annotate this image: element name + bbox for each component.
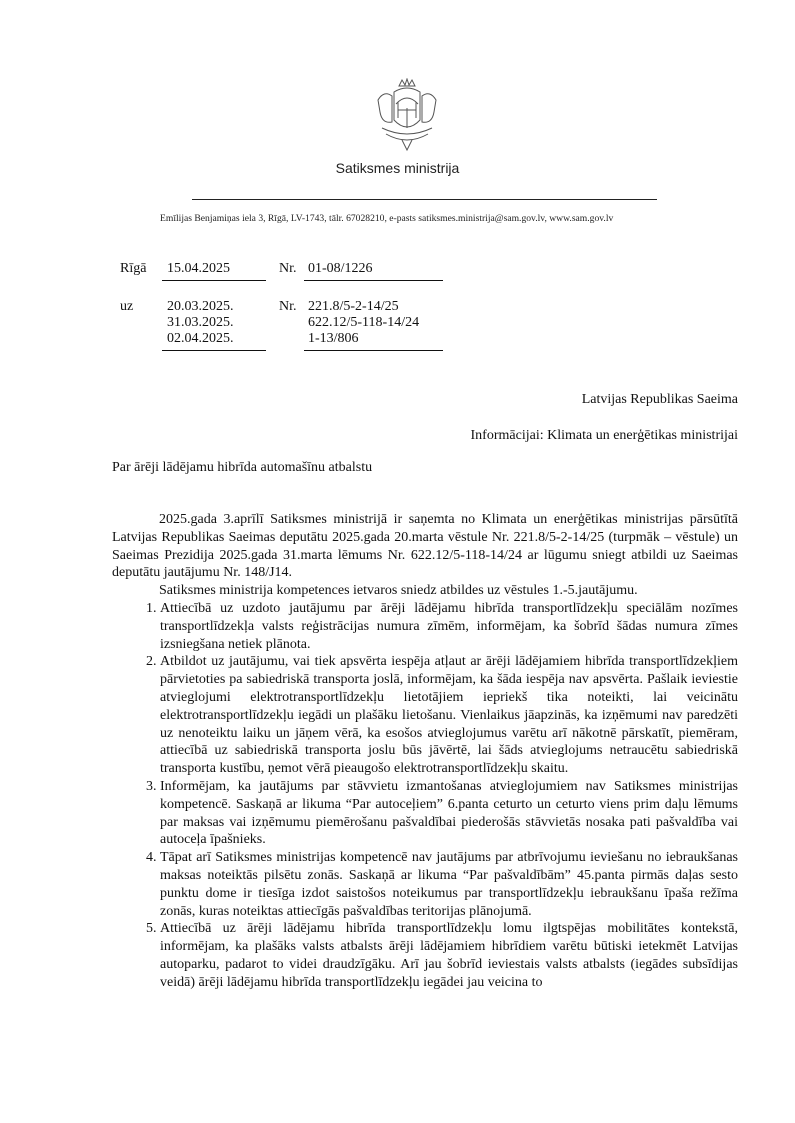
place-label: Rīgā bbox=[120, 261, 146, 277]
answer-item: Atbildot uz jautājumu, vai tiek apsvērta… bbox=[160, 653, 738, 778]
answers-list: Attiecībā uz uzdoto jautājumu par ārēji … bbox=[112, 600, 738, 992]
date-underline bbox=[162, 280, 266, 281]
organization-name: Satiksmes ministrija bbox=[300, 160, 495, 176]
body-paragraph: 2025.gada 3.aprīlī Satiksmes ministrijā … bbox=[112, 511, 738, 582]
answer-item: Attiecībā uz uzdoto jautājumu par ārēji … bbox=[160, 600, 738, 653]
reference-dates: 20.03.2025. 31.03.2025. 02.04.2025. bbox=[167, 299, 234, 347]
answer-item: Attiecībā uz ārēji lādējamu hibrīda tran… bbox=[160, 920, 738, 991]
reference-number: 221.8/5-2-14/25 bbox=[308, 299, 419, 315]
answer-item: Tāpat arī Satiksmes ministrijas kompeten… bbox=[160, 849, 738, 920]
info-recipient: Informācijai: Klimata un enerģētikas min… bbox=[471, 428, 738, 444]
reference-number: 622.12/5-118-14/24 bbox=[308, 315, 419, 331]
answer-item: Informējam, ka jautājums par stāvvietu i… bbox=[160, 778, 738, 849]
letter-subject: Par ārēji lādējamu hibrīda automašīnu at… bbox=[112, 460, 372, 476]
nr-label: Nr. bbox=[279, 261, 297, 277]
organization-address: Emīlijas Benjamiņas iela 3, Rīgā, LV-174… bbox=[160, 213, 705, 224]
recipient: Latvijas Republikas Saeima bbox=[582, 392, 738, 408]
reference-number: 1-13/806 bbox=[308, 331, 419, 347]
reference-label: uz bbox=[120, 299, 133, 315]
coat-of-arms-logo-icon bbox=[372, 78, 442, 158]
document-number: 01-08/1226 bbox=[308, 261, 373, 277]
reference-date: 20.03.2025. bbox=[167, 299, 234, 315]
reference-numbers: 221.8/5-2-14/25 622.12/5-118-14/24 1-13/… bbox=[308, 299, 419, 347]
body-paragraph: Satiksmes ministrija kompetences ietvaro… bbox=[112, 582, 738, 600]
reference-date: 31.03.2025. bbox=[167, 315, 234, 331]
reference-dates-underline bbox=[162, 350, 266, 351]
number-underline bbox=[304, 280, 443, 281]
header-divider bbox=[192, 199, 657, 200]
document-date: 15.04.2025 bbox=[167, 261, 230, 277]
reference-numbers-underline bbox=[304, 350, 443, 351]
letter-body: 2025.gada 3.aprīlī Satiksmes ministrijā … bbox=[112, 511, 738, 992]
reference-nr-label: Nr. bbox=[279, 299, 297, 315]
reference-date: 02.04.2025. bbox=[167, 331, 234, 347]
